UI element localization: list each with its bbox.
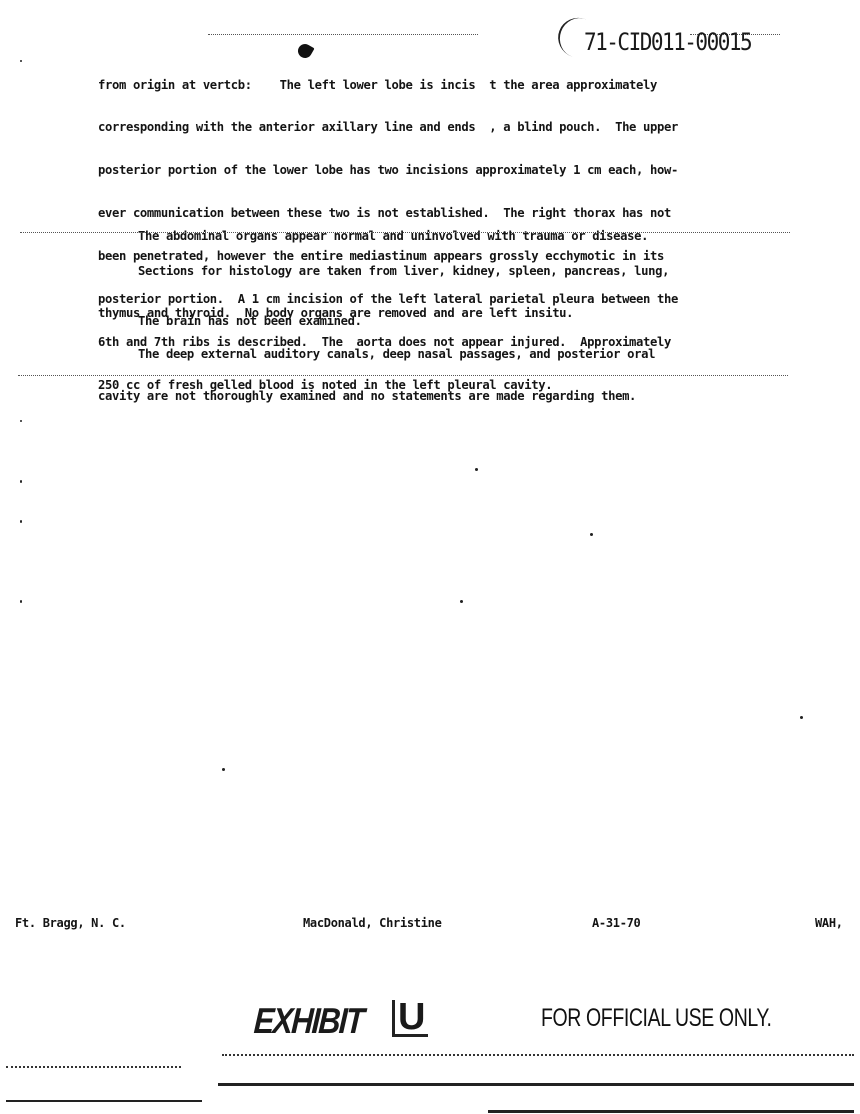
classification-marking: FOR OFFICIAL USE ONLY. — [541, 1004, 772, 1033]
footer-subject-name: MacDonald, Christine — [303, 916, 442, 930]
scan-artifact-line — [18, 375, 788, 376]
scan-speck — [20, 60, 22, 62]
bottom-dotted-rule — [222, 1054, 854, 1056]
scan-speck — [20, 420, 22, 422]
bottom-rule-right — [488, 1110, 854, 1113]
footer-case-number: A-31-70 — [592, 916, 640, 930]
document-page: 71-CID011-00015 from origin at vertcb: T… — [0, 0, 860, 1114]
bottom-dotted-rule-left — [6, 1066, 181, 1068]
text-line: from origin at vertcb: The left lower lo… — [98, 78, 798, 92]
text-line: cavity are not thoroughly examined and n… — [98, 389, 798, 403]
bottom-rule — [218, 1083, 854, 1086]
scan-speck — [20, 600, 22, 603]
footer-initials: WAH, — [815, 916, 843, 930]
scan-speck — [460, 600, 463, 603]
text-line: Sections for histology are taken from li… — [98, 264, 798, 278]
exhibit-stamp: EXHIBIT — [253, 1000, 364, 1042]
exhibit-letter: U — [392, 1000, 428, 1037]
scan-speck — [20, 520, 22, 523]
bottom-rule-left — [6, 1100, 202, 1102]
scan-speck — [800, 716, 803, 719]
scan-speck — [475, 468, 478, 471]
footer-location: Ft. Bragg, N. C. — [15, 916, 126, 930]
scan-artifact-line — [20, 232, 790, 233]
scan-artifact-top-line — [208, 34, 478, 35]
scan-speck — [222, 768, 225, 771]
scan-speck — [20, 480, 22, 483]
text-line: corresponding with the anterior axillary… — [98, 120, 798, 134]
text-line: The deep external auditory canals, deep … — [98, 347, 798, 361]
text-line: posterior portion of the lower lobe has … — [98, 163, 798, 177]
scan-speck — [590, 533, 593, 536]
